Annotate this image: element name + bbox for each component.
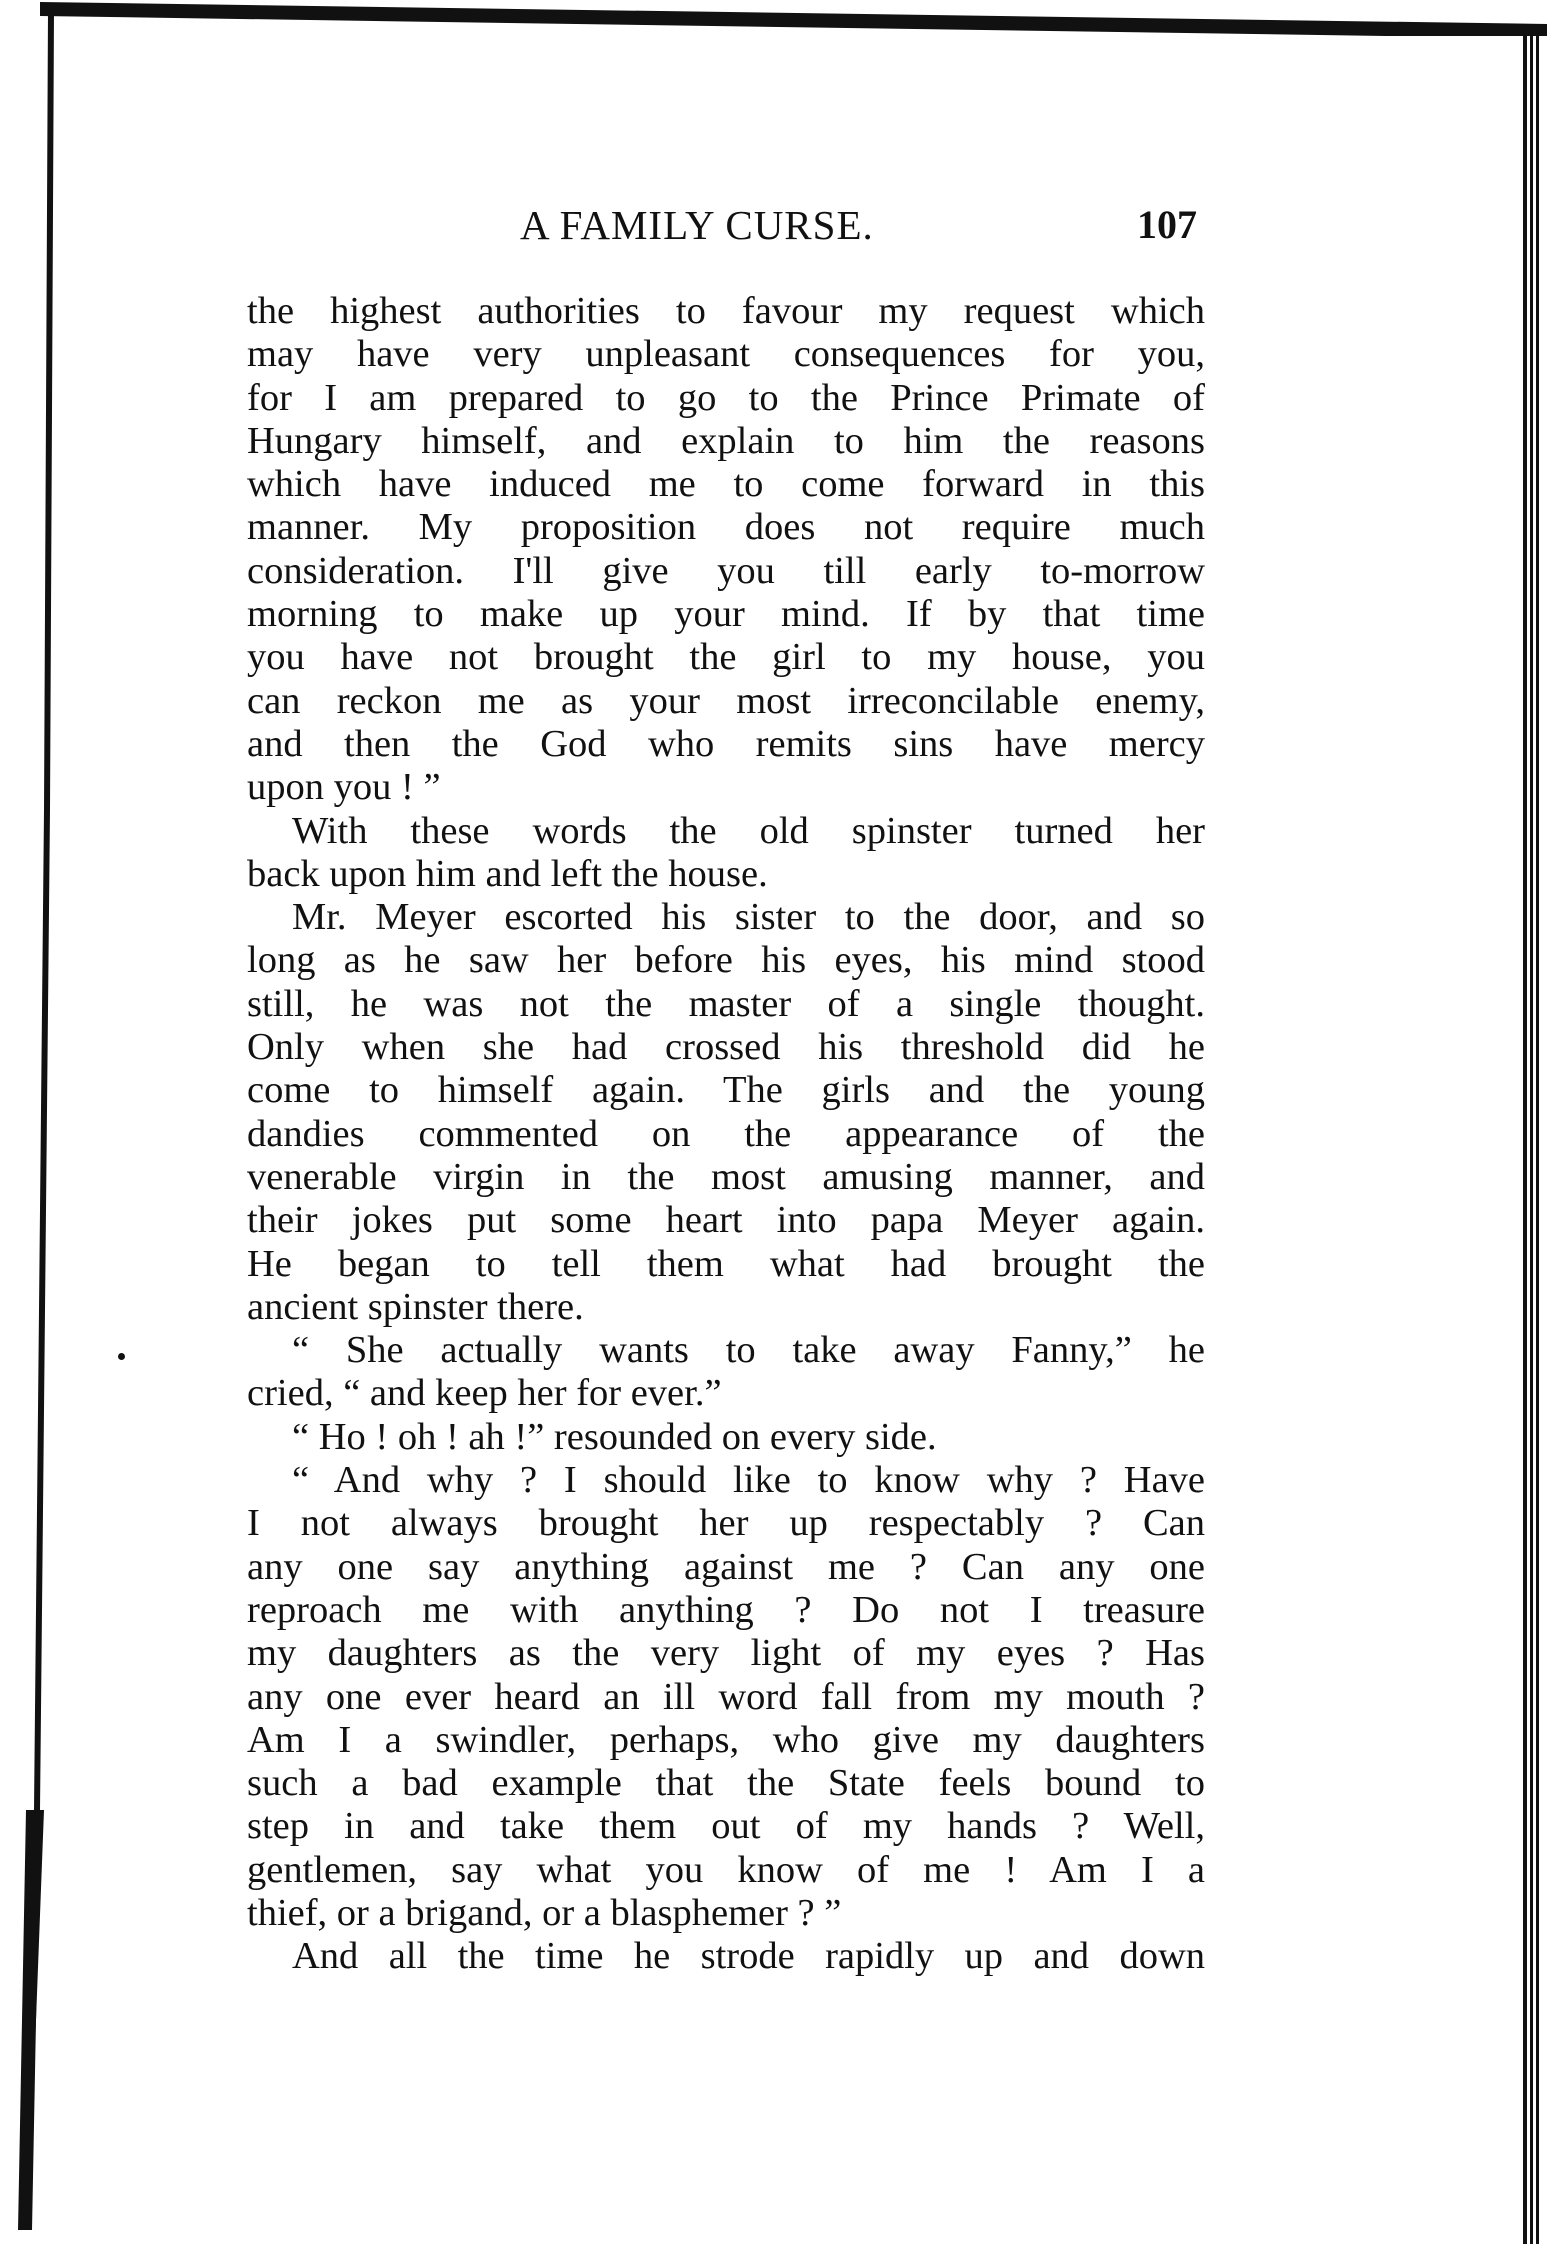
body-text: the highest authorities to favour my req… [247, 290, 1205, 1979]
text-line: morning to make up your mind. If by that… [247, 593, 1205, 636]
scan-right-border [1520, 30, 1547, 2244]
text-line: venerable virgin in the most amusing man… [247, 1156, 1205, 1199]
text-line: ancient spinster there. [247, 1286, 1205, 1329]
text-line: consideration. I'll give you till early … [247, 550, 1205, 593]
text-line: may have very unpleasant consequences fo… [247, 333, 1205, 376]
text-line: Hungary himself, and explain to him the … [247, 420, 1205, 463]
text-line: such a bad example that the State feels … [247, 1762, 1205, 1805]
running-header: A FAMILY CURSE. 107 [247, 200, 1205, 250]
text-line: step in and take them out of my hands ? … [247, 1805, 1205, 1848]
text-line: any one say anything against me ? Can an… [247, 1546, 1205, 1589]
text-line: “ She actually wants to take away Fanny,… [247, 1329, 1205, 1372]
text-line: come to himself again. The girls and the… [247, 1069, 1205, 1112]
scan-speck [118, 1353, 125, 1360]
text-line: for I am prepared to go to the Prince Pr… [247, 377, 1205, 420]
text-line: Am I a swindler, perhaps, who give my da… [247, 1719, 1205, 1762]
text-line: “ Ho ! oh ! ah !” resounded on every sid… [247, 1416, 1205, 1459]
text-line: I not always brought her up respectably … [247, 1502, 1205, 1545]
text-line: and then the God who remits sins have me… [247, 723, 1205, 766]
text-line: the highest authorities to favour my req… [247, 290, 1205, 333]
text-line: can reckon me as your most irreconcilabl… [247, 680, 1205, 723]
text-line: which have induced me to come forward in… [247, 463, 1205, 506]
text-line: manner. My proposition does not require … [247, 506, 1205, 549]
text-line: my daughters as the very light of my eye… [247, 1632, 1205, 1675]
text-line: Only when she had crossed his threshold … [247, 1026, 1205, 1069]
text-line: “ And why ? I should like to know why ? … [247, 1459, 1205, 1502]
text-line: reproach me with anything ? Do not I tre… [247, 1589, 1205, 1632]
book-page: A FAMILY CURSE. 107 the highest authorit… [0, 0, 1547, 2244]
text-line: back upon him and left the house. [247, 853, 1205, 896]
text-line: gentlemen, say what you know of me ! Am … [247, 1849, 1205, 1892]
text-line: long as he saw her before his eyes, his … [247, 939, 1205, 982]
text-line: cried, “ and keep her for ever.” [247, 1372, 1205, 1415]
text-line: With these words the old spinster turned… [247, 810, 1205, 853]
scan-top-border [40, 2, 1547, 36]
text-line: dandies commented on the appearance of t… [247, 1113, 1205, 1156]
text-line: thief, or a brigand, or a blasphemer ? ” [247, 1892, 1205, 1935]
text-line: He began to tell them what had brought t… [247, 1243, 1205, 1286]
text-line: their jokes put some heart into papa Mey… [247, 1199, 1205, 1242]
text-line: Mr. Meyer escorted his sister to the doo… [247, 896, 1205, 939]
running-title: A FAMILY CURSE. [520, 200, 874, 250]
text-line: upon you ! ” [247, 766, 1205, 809]
text-line: still, he was not the master of a single… [247, 983, 1205, 1026]
text-line: any one ever heard an ill word fall from… [247, 1676, 1205, 1719]
page-number: 107 [1137, 200, 1197, 250]
scan-left-border [14, 10, 64, 2230]
text-line: And all the time he strode rapidly up an… [247, 1935, 1205, 1978]
text-line: you have not brought the girl to my hous… [247, 636, 1205, 679]
